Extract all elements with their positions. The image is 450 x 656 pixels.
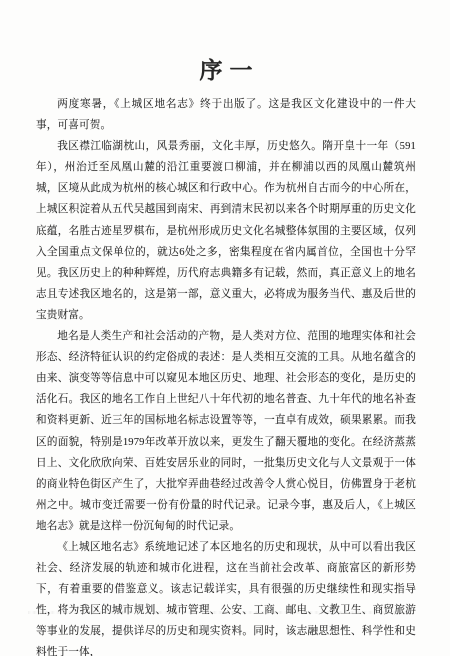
document-page: 序一 两度寒暑，《上城区地名志》终于出版了。这是我区文化建设中的一件大事，可喜可…	[0, 0, 450, 656]
paragraph: 地名是人类生产和社会活动的产物，是人类对方位、范围的地理实体和社会形态、经济特征…	[36, 326, 416, 537]
page-title: 序一	[36, 56, 416, 86]
paragraph: 两度寒暑，《上城区地名志》终于出版了。这是我区文化建设中的一件大事，可喜可贺。	[36, 94, 416, 136]
document-body: 两度寒暑，《上城区地名志》终于出版了。这是我区文化建设中的一件大事，可喜可贺。 …	[36, 94, 416, 656]
paragraph: 我区襟江临湖枕山，风景秀丽，文化丰厚，历史悠久。隋开皇十一年（591年），州治迁…	[36, 136, 416, 326]
paragraph: 《上城区地名志》系统地记述了本区地名的历史和现状，从中可以看出我区社会、经济发展…	[36, 537, 416, 656]
